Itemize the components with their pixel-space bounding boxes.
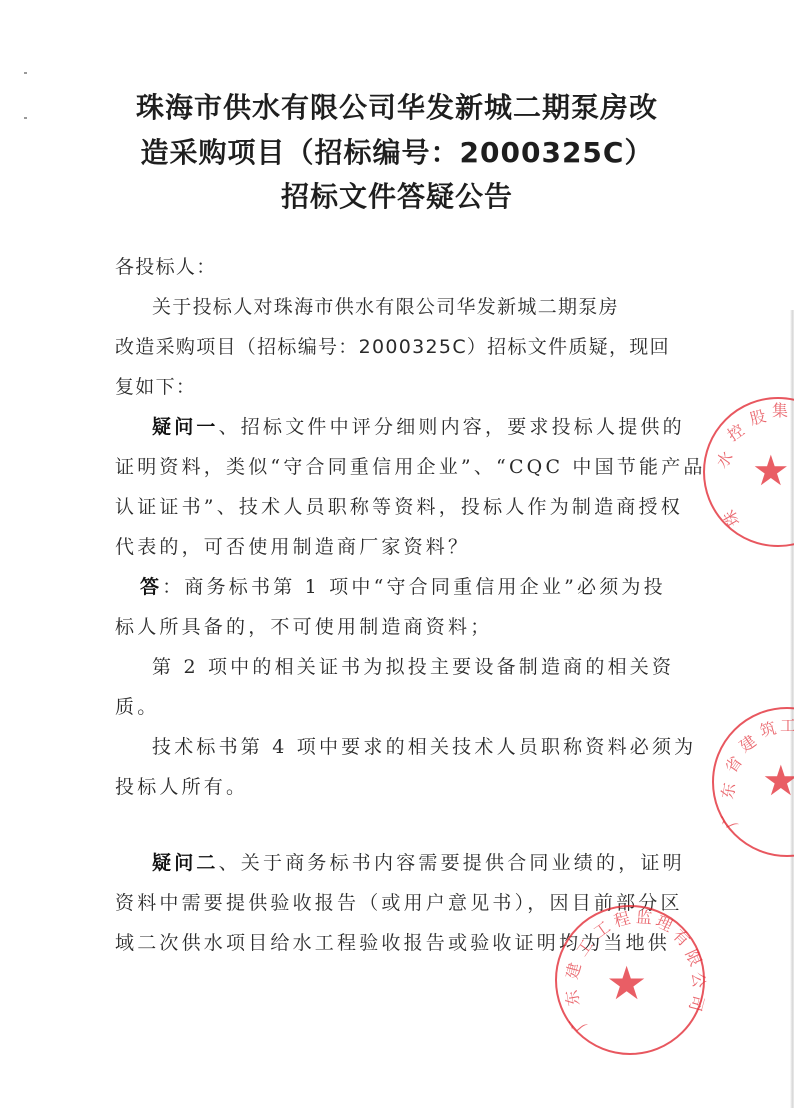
- intro-line-1: 关于投标人对珠海市供水有限公司华发新城二期泵房: [152, 292, 619, 319]
- seal-star-icon: ★: [752, 450, 790, 492]
- seal-text: 监: [635, 909, 652, 926]
- question-1-text: 、招标文件中评分细则内容，要求投标人提供的: [219, 416, 685, 438]
- answer-1-line-1: 答：商务标书第 1 项中“守合同重信用企业”必须为投: [140, 572, 666, 599]
- seal-text: 公: [689, 971, 706, 988]
- title-line-1: 珠海市供水有限公司华发新城二期泵房改: [0, 86, 794, 126]
- seal-text: 集: [772, 403, 788, 419]
- salutation: 各投标人：: [115, 252, 217, 279]
- question-1-label: 疑问一: [152, 416, 219, 438]
- seal-text: 东: [564, 989, 583, 1008]
- seal-text: 东: [720, 782, 739, 801]
- title-line-2: 造采购项目（招标编号：2000325C）: [0, 131, 794, 171]
- question-1-line-1: 疑问一、招标文件中评分细则内容，要求投标人提供的: [152, 412, 685, 439]
- answer-label: 答: [140, 576, 162, 598]
- scan-speck: [24, 72, 27, 74]
- seal-star-icon: ★: [606, 960, 647, 1006]
- intro-line-2: 改造采购项目（招标编号：2000325C）招标文件质疑，现回: [115, 332, 670, 359]
- question-1-line-4: 代表的，可否使用制造商厂家资料？: [115, 532, 470, 559]
- question-2-label: 疑问二: [152, 852, 219, 874]
- seal-star-icon: ★: [762, 760, 794, 802]
- title-line-3: 招标文件答疑公告: [0, 175, 794, 215]
- answer-1-para-2-line-1: 第 2 项中的相关证书为拟投主要设备制造商的相关资: [152, 652, 674, 679]
- question-1-line-2: 证明资料，类似“守合同重信用企业”、“CQC 中国节能产品: [115, 452, 706, 479]
- seal-text: 工: [780, 718, 794, 734]
- answer-1-para-3-line-2: 投标人所有。: [115, 772, 248, 799]
- question-1-line-3: 认证证书”、技术人员职称等资料，投标人作为制造商授权: [115, 492, 683, 519]
- answer-1-para-2-line-2: 质。: [115, 692, 159, 719]
- answer-1-para-3-line-1: 技术标书第 4 项中要求的相关技术人员职称资料必须为: [152, 732, 696, 759]
- intro-line-3: 复如下：: [115, 372, 196, 399]
- answer-1-text: ：商务标书第 1 项中“守合同重信用企业”必须为投: [162, 576, 666, 598]
- answer-1-line-2: 标人所具备的，不可使用制造商资料；: [115, 612, 492, 639]
- question-2-text: 、关于商务标书内容需要提供合同业绩的，证明: [219, 852, 685, 874]
- question-2-line-1: 疑问二、关于商务标书内容需要提供合同业绩的，证明: [152, 848, 685, 875]
